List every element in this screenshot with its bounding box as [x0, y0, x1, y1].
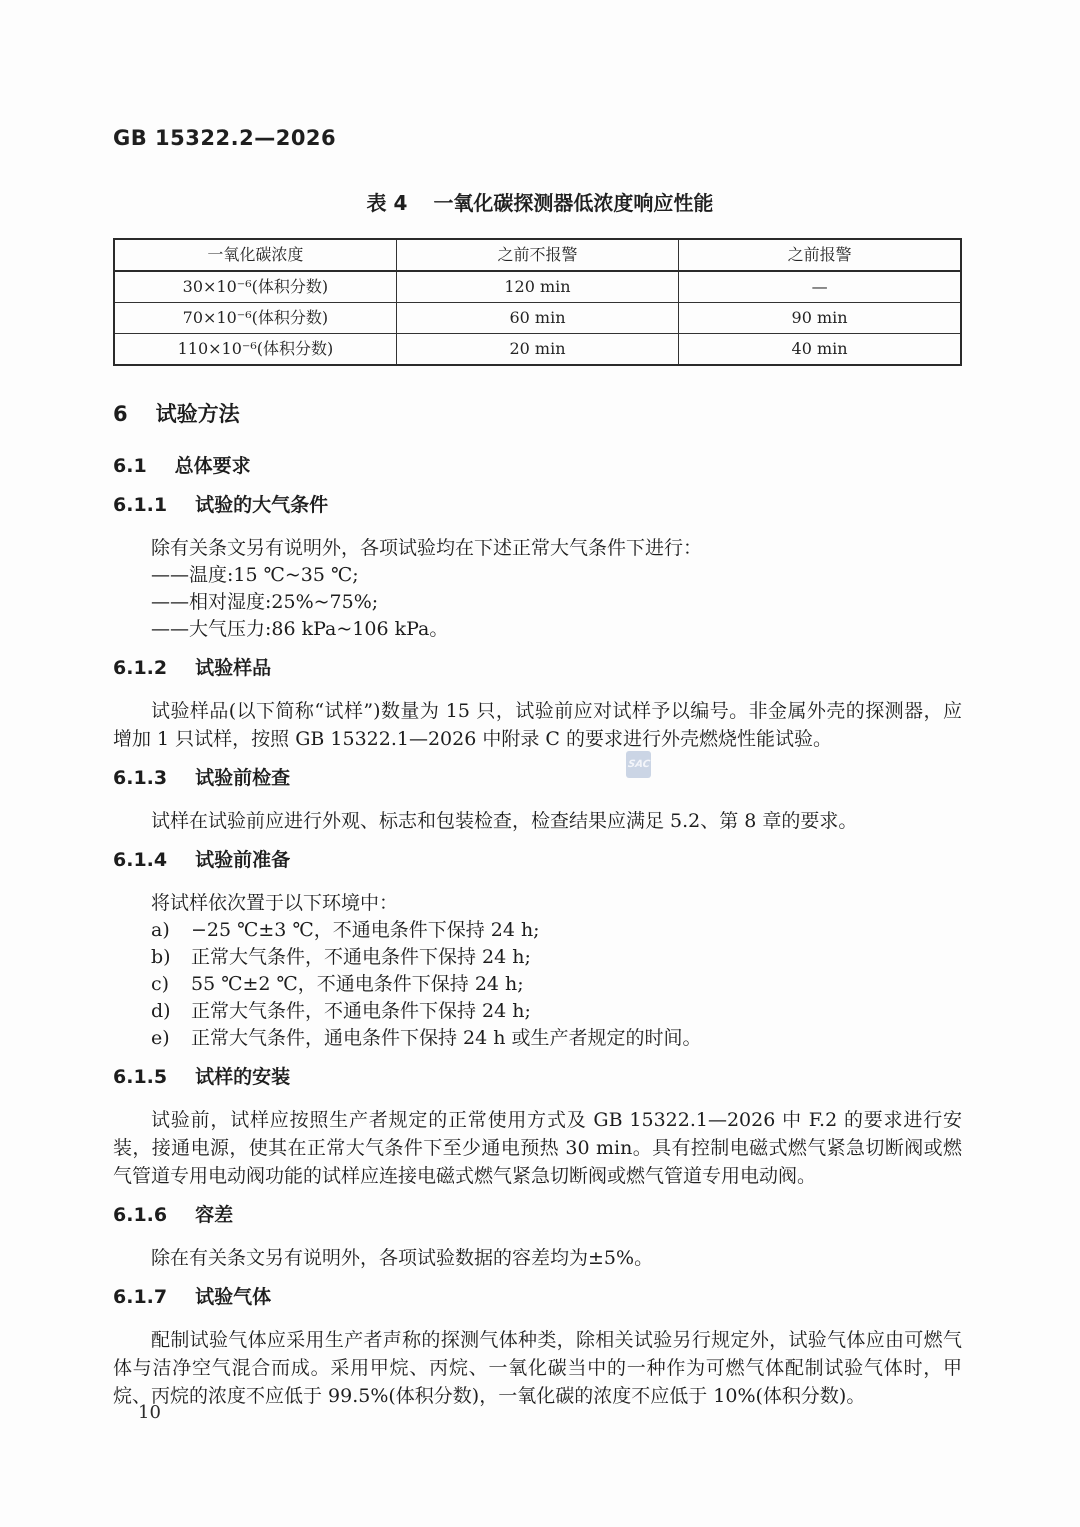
section-heading-6.1.4: 6.1.4试验前准备	[113, 848, 962, 872]
list-marker: c)	[151, 971, 191, 998]
list-item-a: a)−25 ℃±3 ℃，不通电条件下保持 24 h;	[113, 917, 962, 944]
section-heading-6.1.3: 6.1.3试验前检查	[113, 766, 962, 790]
section-content: 6试验方法6.1总体要求6.1.1试验的大气条件除有关条文另有说明外，各项试验均…	[113, 368, 962, 1410]
list-item-text: 正常大气条件，不通电条件下保持 24 h;	[191, 1000, 531, 1022]
section-number: 6.1.2	[113, 656, 167, 680]
section-number: 6.1.5	[113, 1065, 167, 1089]
table4-cell: 90 min	[679, 303, 961, 334]
list-marker: b)	[151, 944, 191, 971]
paragraph: 配制试验气体应采用生产者声称的探测气体种类，除相关试验另行规定外，试验气体应由可…	[113, 1326, 962, 1410]
table4-title: 表 4一氧化碳探测器低浓度响应性能	[0, 191, 1080, 215]
section-heading-6: 6试验方法	[113, 402, 962, 426]
table4-header-col1: 一氧化碳浓度	[114, 239, 396, 271]
section-title: 试验气体	[195, 1286, 271, 1308]
table4-cell: 30×10⁻⁶(体积分数)	[114, 271, 396, 303]
section-title: 总体要求	[175, 455, 251, 477]
table4: 一氧化碳浓度之前不报警之前报警 30×10⁻⁶(体积分数)120 min—70×…	[113, 238, 962, 366]
table4-cell: 40 min	[679, 334, 961, 366]
table4-cell: —	[679, 271, 961, 303]
table4-header-row: 一氧化碳浓度之前不报警之前报警	[114, 239, 961, 271]
table4-body: 30×10⁻⁶(体积分数)120 min—70×10⁻⁶(体积分数)60 min…	[114, 271, 961, 365]
standard-number: GB 15322.2—2026	[113, 126, 336, 150]
section-heading-6.1.7: 6.1.7试验气体	[113, 1285, 962, 1309]
table4-row: 110×10⁻⁶(体积分数)20 min40 min	[114, 334, 961, 366]
dash-item: ——相对湿度:25%~75%;	[113, 589, 962, 616]
table4-cell: 110×10⁻⁶(体积分数)	[114, 334, 396, 366]
paragraph: 除有关条文另有说明外，各项试验均在下述正常大气条件下进行：	[113, 534, 962, 562]
table4-caption: 一氧化碳探测器低浓度响应性能	[433, 191, 713, 215]
section-heading-6.1.2: 6.1.2试验样品	[113, 656, 962, 680]
paragraph: 试样在试验前应进行外观、标志和包装检查，检查结果应满足 5.2、第 8 章的要求…	[113, 807, 962, 835]
section-title: 容差	[195, 1204, 233, 1226]
section-number: 6	[113, 402, 128, 426]
section-title: 试验前准备	[195, 849, 290, 871]
list-item-d: d)正常大气条件，不通电条件下保持 24 h;	[113, 998, 962, 1025]
list-item-b: b)正常大气条件，不通电条件下保持 24 h;	[113, 944, 962, 971]
table4-head: 一氧化碳浓度之前不报警之前报警	[114, 239, 961, 271]
table4-cell: 70×10⁻⁶(体积分数)	[114, 303, 396, 334]
table4-row: 70×10⁻⁶(体积分数)60 min90 min	[114, 303, 961, 334]
paragraph: 除在有关条文另有说明外，各项试验数据的容差均为±5%。	[113, 1244, 962, 1272]
list-marker: d)	[151, 998, 191, 1025]
paragraph: 试验样品(以下简称“试样”)数量为 15 只，试验前应对试样予以编号。非金属外壳…	[113, 697, 962, 753]
paragraph: 试验前，试样应按照生产者规定的正常使用方式及 GB 15322.1—2026 中…	[113, 1106, 962, 1190]
list-item-e: e)正常大气条件，通电条件下保持 24 h 或生产者规定的时间。	[113, 1025, 962, 1052]
table4-row: 30×10⁻⁶(体积分数)120 min—	[114, 271, 961, 303]
table4-header-col3: 之前报警	[679, 239, 961, 271]
paragraph: 将试样依次置于以下环境中：	[113, 889, 962, 917]
list-marker: e)	[151, 1025, 191, 1052]
section-title: 试验样品	[195, 657, 271, 679]
section-heading-6.1.5: 6.1.5试样的安装	[113, 1065, 962, 1089]
page-number: 10	[138, 1402, 161, 1424]
document-page: GB 15322.2—2026 表 4一氧化碳探测器低浓度响应性能 一氧化碳浓度…	[0, 0, 1080, 1527]
section-number: 6.1	[113, 454, 147, 478]
section-number: 6.1.7	[113, 1285, 167, 1309]
section-number: 6.1.1	[113, 493, 167, 517]
section-heading-6.1: 6.1总体要求	[113, 454, 962, 478]
table4-header-col2: 之前不报警	[396, 239, 678, 271]
table4-cell: 20 min	[396, 334, 678, 366]
list-item-text: 正常大气条件，不通电条件下保持 24 h;	[191, 946, 531, 968]
section-title: 试验方法	[156, 402, 240, 426]
section-number: 6.1.3	[113, 766, 167, 790]
table4-cell: 60 min	[396, 303, 678, 334]
table4-label: 表 4	[367, 191, 408, 215]
sac-watermark-icon: SAC	[626, 751, 651, 778]
dash-item: ——大气压力:86 kPa~106 kPa。	[113, 616, 962, 643]
section-title: 试样的安装	[195, 1066, 290, 1088]
section-heading-6.1.1: 6.1.1试验的大气条件	[113, 493, 962, 517]
sac-watermark-text: SAC	[627, 759, 651, 770]
section-number: 6.1.4	[113, 848, 167, 872]
list-marker: a)	[151, 917, 191, 944]
table4-cell: 120 min	[396, 271, 678, 303]
section-title: 试验前检查	[195, 767, 290, 789]
section-title: 试验的大气条件	[195, 494, 328, 516]
section-number: 6.1.6	[113, 1203, 167, 1227]
list-item-c: c)55 ℃±2 ℃，不通电条件下保持 24 h;	[113, 971, 962, 998]
list-item-text: −25 ℃±3 ℃，不通电条件下保持 24 h;	[191, 919, 540, 941]
section-heading-6.1.6: 6.1.6容差	[113, 1203, 962, 1227]
list-item-text: 正常大气条件，通电条件下保持 24 h 或生产者规定的时间。	[191, 1027, 702, 1049]
dash-item: ——温度:15 ℃~35 ℃;	[113, 562, 962, 589]
list-item-text: 55 ℃±2 ℃，不通电条件下保持 24 h;	[191, 973, 524, 995]
